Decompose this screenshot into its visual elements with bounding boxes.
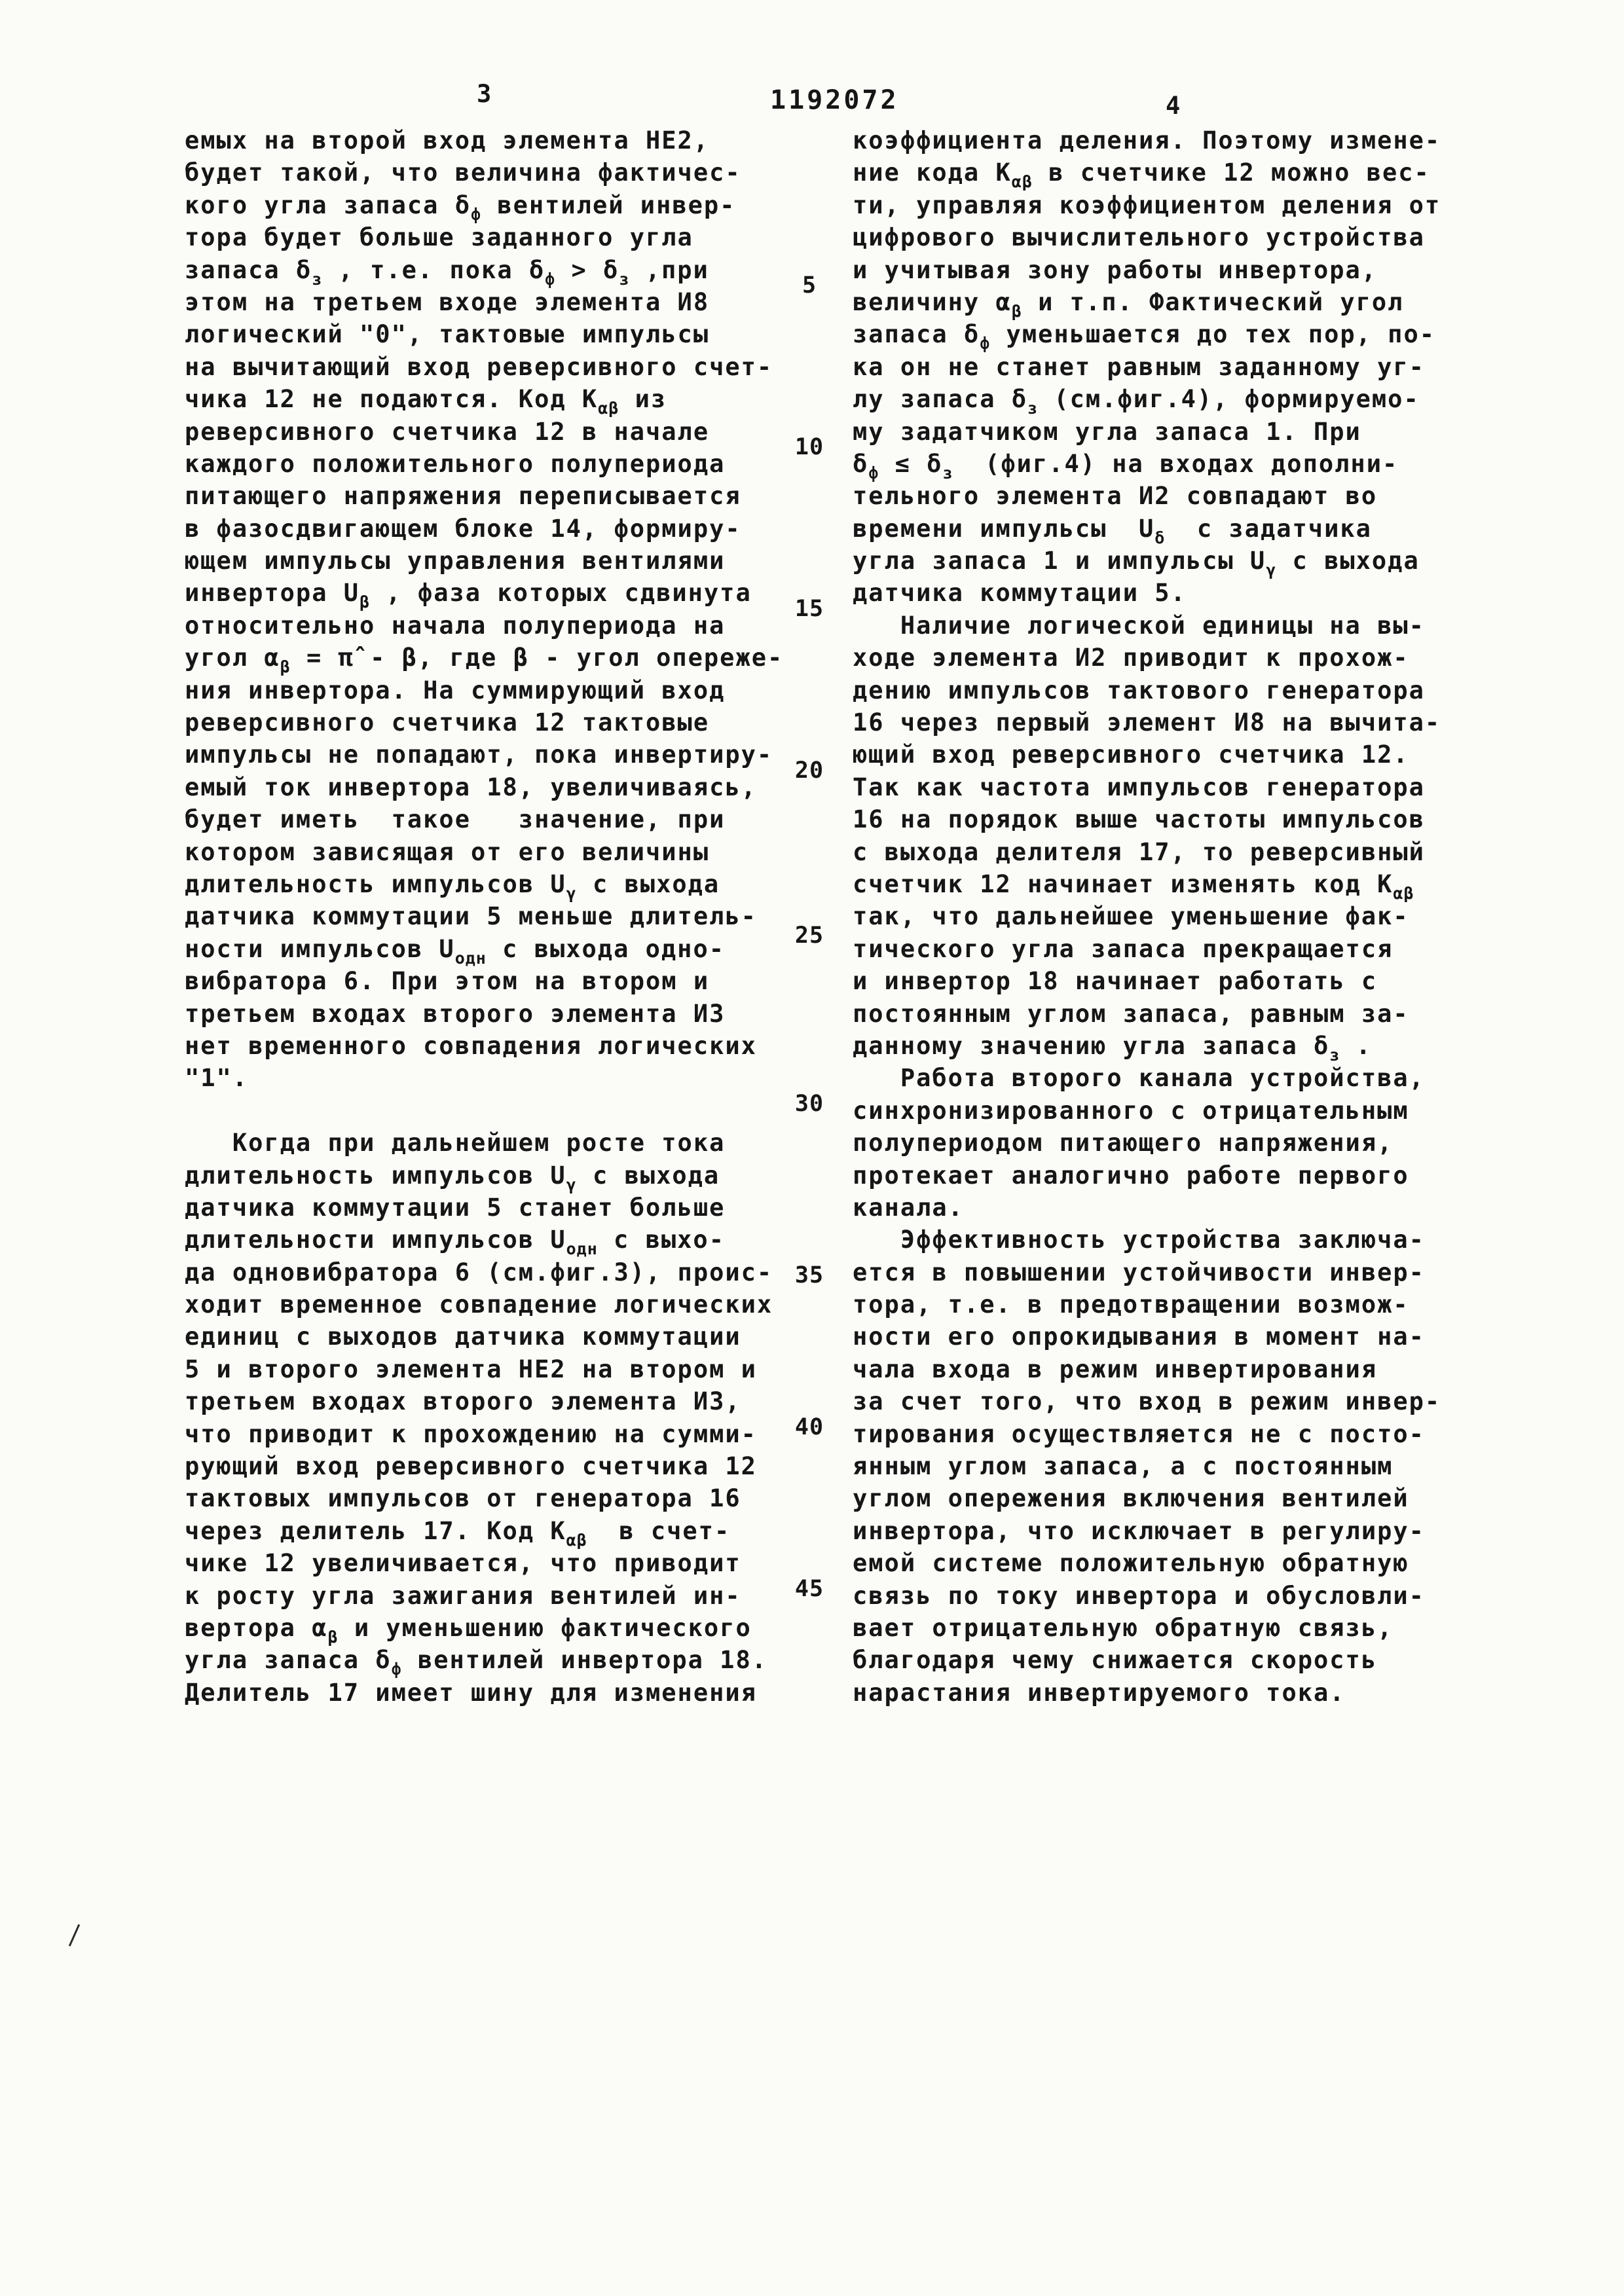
text-line: каждого положительного полупериода — [185, 448, 794, 480]
text-line: тора будет больше заданного угла — [185, 221, 794, 253]
text-line: полупериодом питающего напряжения, — [853, 1127, 1462, 1159]
text-line: угла запаса 1 и импульсы Uγ с выхода — [853, 545, 1462, 577]
text-line: ти, управляя коэффициентом деления от — [853, 189, 1462, 221]
line-number-marker: 20 — [777, 755, 842, 787]
text-line: счетчик 12 начинает изменять код Кαβ — [853, 868, 1462, 900]
text-line: датчика коммутации 5. — [853, 577, 1462, 609]
text-line: Работа второго канала устройства, — [853, 1062, 1462, 1094]
text-line: тельного элемента И2 совпадают во — [853, 480, 1462, 512]
line-number-marker: 15 — [777, 593, 842, 625]
text-line: чика 12 не подаются. Код Кαβ из — [185, 383, 794, 415]
text-line: с выхода делителя 17, то реверсивный — [853, 836, 1462, 868]
text-line: вает отрицательную обратную связь, — [853, 1612, 1462, 1644]
left-column: емых на второй вход элемента НЕ2,будет т… — [185, 124, 794, 1709]
text-line: ющем импульсы управления вентилями — [185, 545, 794, 577]
text-line: так, что дальнейшее уменьшение фак- — [853, 900, 1462, 932]
text-line: протекает аналогично работе первого — [853, 1159, 1462, 1192]
line-number-marker: 5 — [777, 270, 842, 302]
text-line: ности его опрокидывания в момент на- — [853, 1321, 1462, 1353]
text-line: Когда при дальнейшем росте тока — [185, 1127, 794, 1159]
text-line: угол αβ = π̂ - β, где β - угол опереже- — [185, 642, 794, 674]
text-line: величину αβ и т.п. Фактический угол — [853, 286, 1462, 318]
text-line: длительности импульсов Uодн с выхо- — [185, 1224, 794, 1256]
text-line: канала. — [853, 1192, 1462, 1224]
line-number-marker: 45 — [777, 1573, 842, 1605]
text-line: связь по току инвертора и обусловли- — [853, 1580, 1462, 1612]
text-line: постоянным углом запаса, равным за- — [853, 998, 1462, 1030]
scan-artifact — [69, 1924, 80, 1946]
text-line: инвертора Uβ , фаза которых сдвинута — [185, 577, 794, 609]
patent-number: 1192072 — [770, 85, 899, 115]
text-line: ности импульсов Uодн с выхода одно- — [185, 933, 794, 965]
line-number-marker: 10 — [777, 431, 842, 464]
text-line: чике 12 увеличивается, что приводит — [185, 1547, 794, 1579]
text-line: чала входа в режим инвертирования — [853, 1353, 1462, 1385]
text-line: Так как частота импульсов генератора — [853, 771, 1462, 803]
text-line: кого угла запаса δф вентилей инвер- — [185, 189, 794, 221]
text-line: ется в повышении устойчивости инвер- — [853, 1256, 1462, 1288]
text-line: логический "0", тактовые импульсы — [185, 318, 794, 350]
left-column-page-number: 3 — [477, 80, 492, 108]
right-column-page-number: 4 — [1166, 92, 1181, 120]
text-line: третьем входах второго элемента И3 — [185, 998, 794, 1030]
text-line: времени импульсы Uδ с задатчика — [853, 513, 1462, 545]
text-line: третьем входах второго элемента И3, — [185, 1385, 794, 1417]
text-line: через делитель 17. Код Кαβ в счет- — [185, 1515, 794, 1547]
text-line: Делитель 17 имеет шину для изменения — [185, 1677, 794, 1709]
text-line: тора, т.е. в предотвращении возмож- — [853, 1288, 1462, 1321]
text-line: емый ток инвертора 18, увеличиваясь, — [185, 771, 794, 803]
text-line: будет иметь такое значение, при — [185, 803, 794, 835]
text-line: к росту угла зажигания вентилей ин- — [185, 1580, 794, 1612]
text-line: и инвертор 18 начинает работать с — [853, 965, 1462, 997]
text-line: датчика коммутации 5 меньше длитель- — [185, 900, 794, 932]
text-line: коэффициента деления. Поэтому измене- — [853, 124, 1462, 156]
text-line: тирования осуществляется не с посто- — [853, 1418, 1462, 1450]
text-line: относительно начала полупериода на — [185, 610, 794, 642]
text-line: будет такой, что величина фактичес- — [185, 156, 794, 189]
line-number-marker: 25 — [777, 920, 842, 952]
text-line: да одновибратора 6 (см.фиг.3), проис- — [185, 1256, 794, 1288]
text-line: ходит временное совпадение логических — [185, 1288, 794, 1321]
text-line: ния инвертора. На суммирующий вход — [185, 674, 794, 706]
text-line: синхронизированного с отрицательным — [853, 1095, 1462, 1127]
text-line: ние кода Кαβ в счетчике 12 можно вес- — [853, 156, 1462, 189]
text-line: вертора αβ и уменьшению фактического — [185, 1612, 794, 1644]
text-line: Эффективность устройства заключа- — [853, 1224, 1462, 1256]
text-line: Наличие логической единицы на вы- — [853, 610, 1462, 642]
text-line: данному значению угла запаса δз . — [853, 1030, 1462, 1062]
text-line: длительность импульсов Uγ с выхода — [185, 868, 794, 900]
line-number-marker: 30 — [777, 1088, 842, 1120]
text-line: 16 на порядок выше частоты импульсов — [853, 803, 1462, 835]
text-line: δф ≤ δз (фиг.4) на входах дополни- — [853, 448, 1462, 480]
text-line: емой системе положительную обратную — [853, 1547, 1462, 1579]
text-line: в фазосдвигающем блоке 14, формиру- — [185, 513, 794, 545]
line-number-marker: 40 — [777, 1412, 842, 1444]
page: 3 1192072 4 емых на второй вход элемента… — [0, 0, 1624, 2296]
text-line: 16 через первый элемент И8 на вычита- — [853, 706, 1462, 738]
text-line: ющий вход реверсивного счетчика 12. — [853, 738, 1462, 771]
text-line: му задатчиком угла запаса 1. При — [853, 416, 1462, 448]
text-line: котором зависящая от его величины — [185, 836, 794, 868]
text-line: емых на второй вход элемента НЕ2, — [185, 124, 794, 156]
text-line: тического угла запаса прекращается — [853, 933, 1462, 965]
text-line: запаса δф уменьшается до тех пор, по- — [853, 318, 1462, 350]
text-line: этом на третьем входе элемента И8 — [185, 286, 794, 318]
text-line: датчика коммутации 5 станет больше — [185, 1192, 794, 1224]
text-line: рующий вход реверсивного счетчика 12 — [185, 1450, 794, 1482]
text-line: благодаря чему снижается скорость — [853, 1644, 1462, 1676]
text-line: инвертора, что исключает в регулиру- — [853, 1515, 1462, 1547]
text-line: ходе элемента И2 приводит к прохож- — [853, 642, 1462, 674]
text-line: нарастания инвертируемого тока. — [853, 1677, 1462, 1709]
text-line: реверсивного счетчика 12 в начале — [185, 416, 794, 448]
text-line: и учитывая зону работы инвертора, — [853, 254, 1462, 286]
text-line — [185, 1095, 794, 1127]
text-line: единиц с выходов датчика коммутации — [185, 1321, 794, 1353]
text-line: лу запаса δз (см.фиг.4), формируемо- — [853, 383, 1462, 415]
text-line: длительность импульсов Uγ с выхода — [185, 1159, 794, 1192]
text-line: янным углом запаса, а с постоянным — [853, 1450, 1462, 1482]
text-line: тактовых импульсов от генератора 16 — [185, 1482, 794, 1514]
line-number-marker: 35 — [777, 1260, 842, 1292]
text-line: реверсивного счетчика 12 тактовые — [185, 706, 794, 738]
text-line: питающего напряжения переписывается — [185, 480, 794, 512]
text-line: цифрового вычислительного устройства — [853, 221, 1462, 253]
text-line: "1". — [185, 1062, 794, 1094]
text-line: на вычитающий вход реверсивного счет- — [185, 351, 794, 383]
text-line: вибратора 6. При этом на втором и — [185, 965, 794, 997]
text-line: что приводит к прохождению на сумми- — [185, 1418, 794, 1450]
text-line: углом опережения включения вентилей — [853, 1482, 1462, 1514]
text-line: 5 и второго элемента НЕ2 на втором и — [185, 1353, 794, 1385]
text-line: угла запаса δф вентилей инвертора 18. — [185, 1644, 794, 1676]
text-line: запаса δз , т.е. пока δф > δз ,при — [185, 254, 794, 286]
text-line: ка он не станет равным заданному уг- — [853, 351, 1462, 383]
text-line: за счет того, что вход в режим инвер- — [853, 1385, 1462, 1417]
text-line: дению импульсов тактового генератора — [853, 674, 1462, 706]
text-line: импульсы не попадают, пока инвертиру- — [185, 738, 794, 771]
right-column: коэффициента деления. Поэтому измене-ние… — [853, 124, 1462, 1709]
text-line: нет временного совпадения логических — [185, 1030, 794, 1062]
